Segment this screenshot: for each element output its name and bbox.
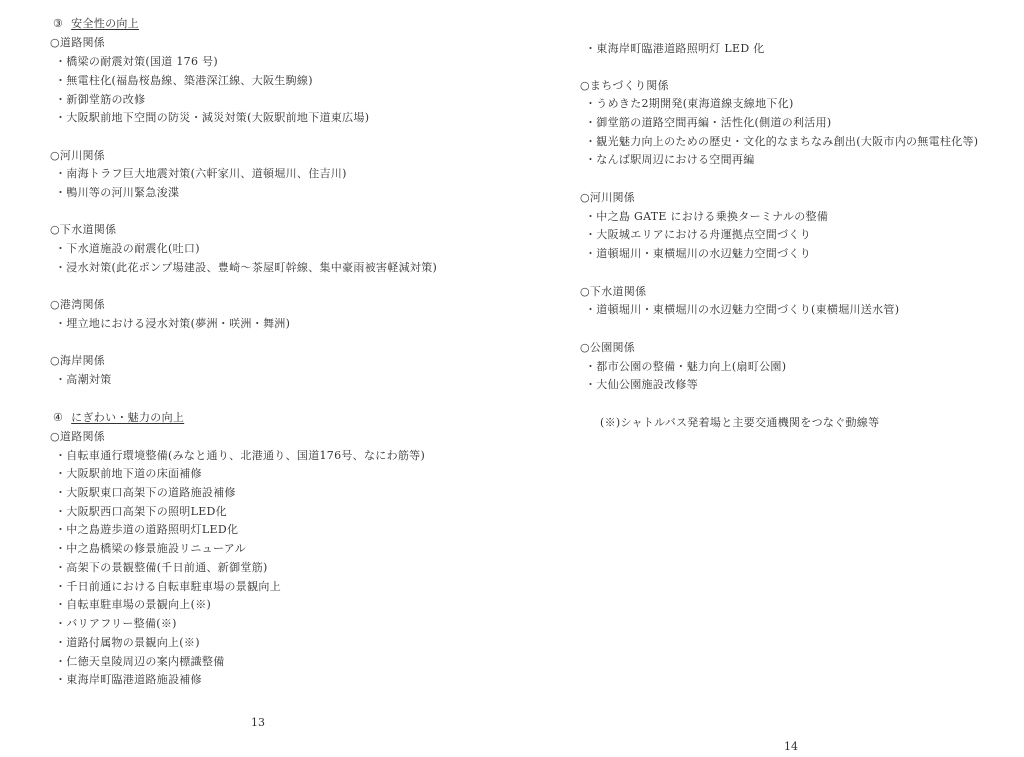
list-item: ・新御堂筋の改修 [55,93,145,107]
list-item: ・自転車通行環境整備(みなと通り、北港通り、国道176号、なにわ筋等) [55,449,425,463]
list-item: ・道頓堀川・東横堀川の水辺魅力空間づくり(東横堀川送水管) [585,303,899,317]
section-title-attractiveness: ④にぎわい・魅力の向上 [53,411,184,425]
section-number: ③ [53,17,63,30]
list-item: ・埋立地における浸水対策(夢洲・咲洲・舞洲) [55,317,290,331]
group-heading-river: ○河川関係 [50,149,105,163]
list-item: ・東海岸町臨港道路施設補修 [55,673,202,687]
group-heading-road: ○道路関係 [50,430,105,444]
list-item: ・観光魅力向上のための歴史・文化的なまちなみ創出(大阪市内の無電柱化等) [585,135,978,149]
list-item: ・大阪城エリアにおける舟運拠点空間づくり [585,228,811,242]
section-title-text: 安全性の向上 [71,17,139,30]
list-item: ・仁徳天皇陵周辺の案内標識整備 [55,655,225,669]
list-item: ・中之島橋梁の修景施設リニューアル [55,542,246,556]
list-item: ・中之島遊歩道の道路照明灯LED化 [55,523,238,537]
list-item: ・大阪駅前地下空間の防災・減災対策(大阪駅前地下道東広場) [55,111,369,125]
list-item: ・無電柱化(福島桜島線、築港深江線、大阪生駒線) [55,74,313,88]
section-title-safety: ③安全性の向上 [53,17,139,31]
group-heading-sewer: ○下水道関係 [580,285,646,299]
list-item: ・高潮対策 [55,373,112,387]
list-item: ・鴨川等の河川緊急浚渫 [55,186,179,200]
list-item: ・道頓堀川・東横堀川の水辺魅力空間づくり [585,247,811,261]
group-heading-port: ○港湾関係 [50,298,105,312]
group-heading-river: ○河川関係 [580,191,635,205]
list-item: ・大仙公園施設改修等 [585,378,698,392]
list-item: ・道路付属物の景観向上(※) [55,636,200,650]
page-number-right: 14 [784,740,798,754]
list-item: ・橋梁の耐震対策(国道 176 号) [55,55,218,69]
list-item: ・都市公園の整備・魅力向上(扇町公園) [585,360,786,374]
list-item: ・下水道施設の耐震化(吐口) [55,242,200,256]
list-item: ・自転車駐車場の景観向上(※) [55,598,211,612]
list-item: ・高架下の景観整備(千日前通、新御堂筋) [55,561,268,575]
list-item: ・中之島 GATE における乗換ターミナルの整備 [585,210,828,224]
section-number: ④ [53,411,63,424]
list-item: ・大阪駅西口高架下の照明LED化 [55,505,227,519]
list-item: ・大阪駅東口高架下の道路施設補修 [55,486,236,500]
section-title-text: にぎわい・魅力の向上 [71,411,184,424]
list-item: ・浸水対策(此花ポンプ場建設、豊崎～茶屋町幹線、集中豪雨被害軽減対策) [55,261,437,275]
group-heading-road: ○道路関係 [50,36,105,50]
list-item: ・南海トラフ巨大地震対策(六軒家川、道頓堀川、住吉川) [55,167,347,181]
group-heading-sewer: ○下水道関係 [50,223,116,237]
group-heading-town-planning: ○まちづくり関係 [580,79,669,93]
list-item: ・バリアフリー整備(※) [55,617,177,631]
list-item: ・大阪駅前地下道の床面補修 [55,467,202,481]
group-heading-coast: ○海岸関係 [50,354,105,368]
page-number-left: 13 [251,716,265,730]
group-heading-park: ○公園関係 [580,341,635,355]
footnote: (※)シャトルバス発着場と主要交通機関をつなぐ動線等 [600,416,879,430]
list-item: ・なんば駅周辺における空間再編 [585,153,755,167]
list-item: ・うめきた2期開発(東海道線支線地下化) [585,97,794,111]
list-item: ・御堂筋の道路空間再編・活性化(側道の利活用) [585,116,831,130]
list-item: ・東海岸町臨港道路照明灯 LED 化 [585,42,765,56]
list-item: ・千日前通における自転車駐車場の景観向上 [55,580,281,594]
